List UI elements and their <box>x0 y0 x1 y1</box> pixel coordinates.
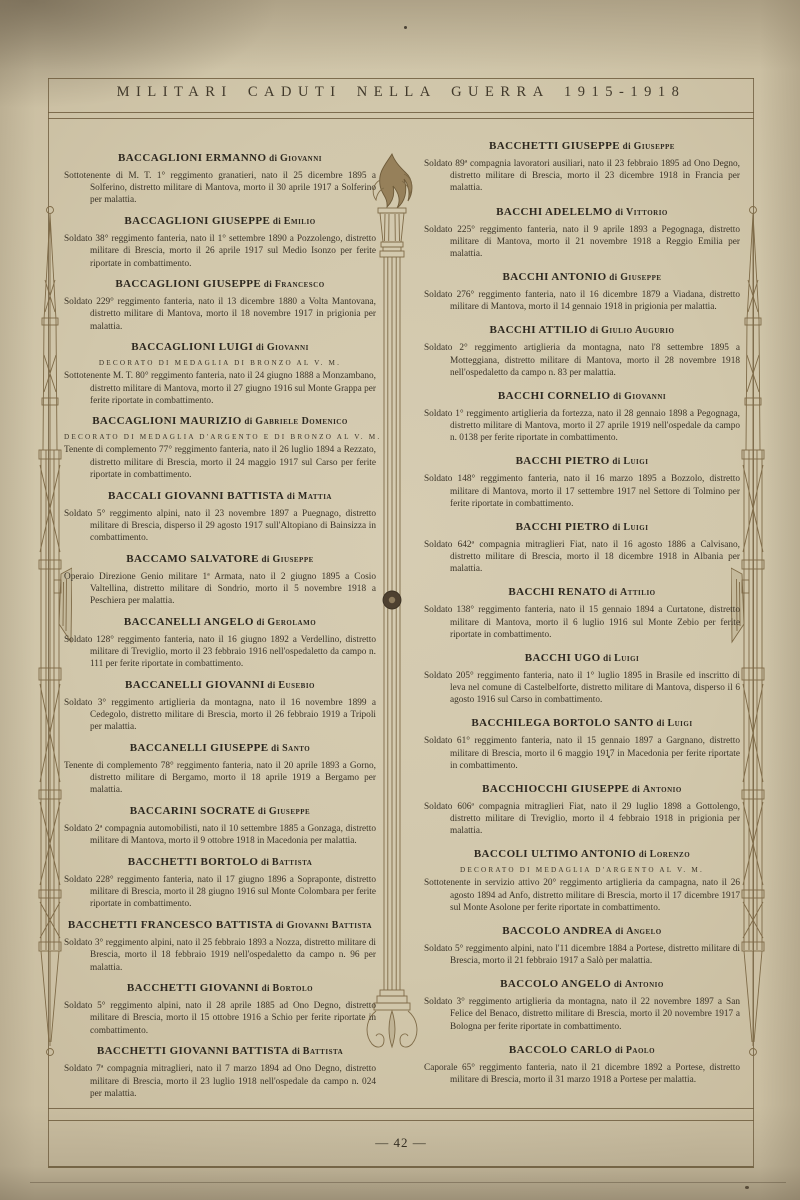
entry-father-name: Luigi <box>667 718 692 729</box>
entry-di-connector: di <box>284 491 298 501</box>
entry-name-heading: BACCAGLIONI MAURIZIO di Gabriele Domenic… <box>64 415 376 428</box>
entry-di-connector: di <box>629 784 643 794</box>
entry-name: BACCOLI ULTIMO ANTONIO <box>474 848 636 860</box>
entry-di-connector: di <box>611 391 625 401</box>
casualty-entry: BACCHI UGO di LuigiSoldato 205° reggimen… <box>424 652 740 707</box>
entry-di-connector: di <box>588 325 602 335</box>
entry-record-text: Tenente di complemento 78° reggimento fa… <box>64 760 376 797</box>
entry-name-heading: BACCANELLI ANGELO di Gerolamo <box>64 616 376 629</box>
entry-name: BACCAGLIONI ERMANNO <box>118 152 266 164</box>
entry-record-text: Soldato 5° reggimento alpini, nato il 23… <box>64 508 376 545</box>
entry-name: BACCAMO SALVATORE <box>126 553 259 565</box>
entry-father-name: Santo <box>282 743 310 754</box>
entry-father-name: Giovanni <box>267 342 309 353</box>
entry-name: BACCHI ANTONIO <box>502 271 606 283</box>
entry-record-text: Soldato 5° reggimento alpini, nato il 28… <box>64 1000 376 1037</box>
entry-record-text: Soldato 3° reggimento alpini, nato il 25… <box>64 937 376 974</box>
entry-record-text: Soldato 276° reggimento fanteria, nato i… <box>424 289 740 313</box>
casualty-entry: BACCHETTI GIUSEPPE di GiuseppeSoldato 89… <box>424 140 740 195</box>
casualty-entry: BACCHIOCCHI GIUSEPPE di AntonioSoldato 6… <box>424 783 740 838</box>
entry-father-name: Angelo <box>626 926 662 937</box>
entry-di-connector: di <box>270 216 284 226</box>
entry-di-connector: di <box>253 342 267 352</box>
entry-di-connector: di <box>611 979 625 989</box>
entry-di-connector: di <box>265 680 279 690</box>
entry-di-connector: di <box>654 718 668 728</box>
entry-record-text: Soldato 642ª compagnia mitraglieri Fiat,… <box>424 539 740 576</box>
entry-record-text: Soldato 229° reggimento fanteria, nato i… <box>64 296 376 333</box>
entry-name: BACCHI UGO <box>525 652 601 664</box>
entry-name-heading: BACCAGLIONI GIUSEPPE di Emilio <box>64 215 376 228</box>
entry-name-heading: BACCHIOCCHI GIUSEPPE di Antonio <box>424 783 740 796</box>
casualty-entry: BACCAGLIONI MAURIZIO di Gabriele Domenic… <box>64 415 376 481</box>
entry-name-heading: BACCHI CORNELIO di Giovanni <box>424 390 740 403</box>
entry-record-text: Soldato 225° reggimento fanteria, nato i… <box>424 224 740 261</box>
entry-name: BACCHI ATTILIO <box>490 324 588 336</box>
entry-di-connector: di <box>268 743 282 753</box>
entry-name: BACCHETTI GIUSEPPE <box>489 140 620 152</box>
entry-father-name: Luigi <box>623 456 648 467</box>
entry-name: BACCOLO ANGELO <box>500 978 611 990</box>
page-edge-line <box>30 1182 786 1183</box>
entry-name-heading: BACCOLO ANDREA di Angelo <box>424 925 740 938</box>
entry-name-heading: BACCHILEGA BORTOLO SANTO di Luigi <box>424 717 740 730</box>
entry-di-connector: di <box>601 653 615 663</box>
entry-name: BACCHI PIETRO <box>516 521 610 533</box>
entry-record-text: Sottotenente di M. T. 1° reggimento gran… <box>64 170 376 207</box>
casualty-entry: BACCHI ADELELMO di VittorioSoldato 225° … <box>424 206 740 261</box>
entry-name-heading: BACCANELLI GIOVANNI di Eusebio <box>64 679 376 692</box>
page-title: MILITARI CADUTI NELLA GUERRA 1915-1918 <box>48 84 754 101</box>
entry-name: BACCHI ADELELMO <box>496 206 612 218</box>
entry-di-connector: di <box>636 849 650 859</box>
footer-band: — 42 — <box>48 1120 754 1166</box>
entry-name: BACCHIOCCHI GIUSEPPE <box>482 783 629 795</box>
entry-father-name: Mattia <box>298 491 332 502</box>
entry-record-text: Operaio Direzione Genio militare 1ª Arma… <box>64 571 376 608</box>
entry-name: BACCALI GIOVANNI BATTISTA <box>108 490 284 502</box>
entry-father-name: Giovanni Battista <box>287 920 372 931</box>
page-number: — 42 — <box>375 1135 427 1151</box>
entry-di-connector: di <box>610 522 624 532</box>
entry-name-heading: BACCOLO CARLO di Paolo <box>424 1044 740 1057</box>
entry-record-text: Soldato 7ª compagnia mitraglieri, nato i… <box>64 1063 376 1100</box>
entry-name: BACCAGLIONI GIUSEPPE <box>124 215 270 227</box>
entry-name: BACCHETTI BORTOLO <box>128 856 259 868</box>
casualty-entry: BACCAGLIONI GIUSEPPE di EmilioSoldato 38… <box>64 215 376 270</box>
entry-name-heading: BACCHI ATTILIO di Giulio Augurio <box>424 324 740 337</box>
entry-name-heading: BACCAGLIONI LUIGI di Giovanni <box>64 341 376 354</box>
entry-father-name: Giuseppe <box>634 141 675 152</box>
scanned-book-page: MILITARI CADUTI NELLA GUERRA 1915-1918 <box>0 0 800 1200</box>
entry-name: BACCAGLIONI MAURIZIO <box>92 415 242 427</box>
casualty-entry: BACCANELLI GIUSEPPE di SantoTenente di c… <box>64 742 376 797</box>
entry-di-connector: di <box>289 1046 303 1056</box>
entry-name-heading: BACCOLI ULTIMO ANTONIO di Lorenzo <box>424 848 740 861</box>
entry-record-text: Soldato 89ª compagnia lavoratori ausilia… <box>424 158 740 195</box>
casualty-entry: BACCHI RENATO di AttilioSoldato 138° reg… <box>424 586 740 641</box>
casualty-entry: BACCOLO ANDREA di AngeloSoldato 5° reggi… <box>424 925 740 967</box>
entry-name: BACCARINI SOCRATE <box>130 805 255 817</box>
casualty-entry: BACCOLI ULTIMO ANTONIO di LorenzoDECORAT… <box>424 848 740 914</box>
entry-di-connector: di <box>612 207 626 217</box>
entry-name: BACCHI CORNELIO <box>498 390 611 402</box>
casualty-entry: BACCAMO SALVATORE di GiuseppeOperaio Dir… <box>64 553 376 608</box>
casualty-entry: BACCARINI SOCRATE di GiuseppeSoldato 2ª … <box>64 805 376 847</box>
entry-name: BACCAGLIONI GIUSEPPE <box>115 278 261 290</box>
entry-name-heading: BACCHETTI FRANCESCO BATTISTA di Giovanni… <box>64 919 376 932</box>
entry-father-name: Gabriele Domenico <box>255 416 348 427</box>
entry-di-connector: di <box>612 1045 626 1055</box>
entry-father-name: Antonio <box>625 979 664 990</box>
casualty-entry: BACCAGLIONI LUIGI di GiovanniDECORATO DI… <box>64 341 376 407</box>
footer-rule <box>48 1166 754 1168</box>
entry-father-name: Bortolo <box>273 983 314 994</box>
frame-rule-bottom-upper <box>48 1108 754 1109</box>
entry-father-name: Vittorio <box>626 207 668 218</box>
title-band: MILITARI CADUTI NELLA GUERRA 1915-1918 <box>48 84 754 101</box>
entry-father-name: Eusebio <box>278 680 315 691</box>
entry-name: BACCHETTI GIOVANNI <box>127 982 259 994</box>
casualty-entry: BACCANELLI ANGELO di GerolamoSoldato 128… <box>64 616 376 671</box>
entry-record-text: Soldato 148° reggimento fanteria, nato i… <box>424 473 740 510</box>
entry-father-name: Paolo <box>626 1045 655 1056</box>
entry-father-name: Battista <box>303 1046 343 1057</box>
entry-father-name: Giuseppe <box>620 272 661 283</box>
frame-rule-top <box>48 78 754 79</box>
entry-father-name: Giuseppe <box>272 554 313 565</box>
entry-record-text: Soldato 38° reggimento fanteria, nato il… <box>64 233 376 270</box>
entry-name: BACCOLO CARLO <box>509 1044 612 1056</box>
entry-di-connector: di <box>607 272 621 282</box>
entry-di-connector: di <box>606 587 620 597</box>
entry-name: BACCANELLI ANGELO <box>124 616 254 628</box>
entry-di-connector: di <box>254 617 268 627</box>
entry-father-name: Giuseppe <box>269 806 310 817</box>
entry-record-text: Caporale 65° reggimento fanteria, nato i… <box>424 1062 740 1086</box>
casualty-entry: BACCHILEGA BORTOLO SANTO di LuigiSoldato… <box>424 717 740 772</box>
entry-record-text: Soldato 606ª compagnia mitraglieri Fiat,… <box>424 801 740 838</box>
entry-record-text: Soldato 138° reggimento fanteria, nato i… <box>424 604 740 641</box>
entry-record-text: Soldato 2° reggimento artiglieria da mon… <box>424 342 740 379</box>
casualty-entry: BACCHETTI BORTOLO di BattistaSoldato 228… <box>64 856 376 911</box>
casualty-entry: BACCHETTI GIOVANNI di BortoloSoldato 5° … <box>64 982 376 1037</box>
entry-name-heading: BACCHETTI GIOVANNI di Bortolo <box>64 982 376 995</box>
entry-father-name: Giovanni <box>280 153 322 164</box>
entry-father-name: Battista <box>272 857 312 868</box>
entry-name-heading: BACCHI PIETRO di Luigi <box>424 521 740 534</box>
entry-record-text: Sottotenente M. T. 80° reggimento fanter… <box>64 370 376 407</box>
entry-father-name: Luigi <box>623 522 648 533</box>
entry-di-connector: di <box>242 416 256 426</box>
entry-name-heading: BACCALI GIOVANNI BATTISTA di Mattia <box>64 490 376 503</box>
entry-di-connector: di <box>610 456 624 466</box>
scan-speck <box>608 756 610 758</box>
entry-father-name: Emilio <box>284 216 316 227</box>
entry-di-connector: di <box>613 926 627 936</box>
scan-speck <box>745 1186 749 1189</box>
entry-name: BACCHILEGA BORTOLO SANTO <box>471 717 653 729</box>
entry-di-connector: di <box>255 806 269 816</box>
casualty-entry: BACCAGLIONI ERMANNO di GiovanniSottotene… <box>64 152 376 207</box>
entry-father-name: Luigi <box>614 653 639 664</box>
entry-di-connector: di <box>259 983 273 993</box>
entry-name-heading: BACCHI ANTONIO di Giuseppe <box>424 271 740 284</box>
casualty-entry: BACCHI ATTILIO di Giulio AugurioSoldato … <box>424 324 740 379</box>
entry-name: BACCANELLI GIOVANNI <box>125 679 265 691</box>
entry-di-connector: di <box>273 920 287 930</box>
entry-name-heading: BACCHI PIETRO di Luigi <box>424 455 740 468</box>
entry-name-heading: BACCARINI SOCRATE di Giuseppe <box>64 805 376 818</box>
casualty-column-right: BACCHETTI GIUSEPPE di GiuseppeSoldato 89… <box>424 140 740 1086</box>
entry-name-heading: BACCAGLIONI ERMANNO di Giovanni <box>64 152 376 165</box>
casualty-entry: BACCHETTI GIOVANNI BATTISTA di BattistaS… <box>64 1045 376 1100</box>
entry-di-connector: di <box>259 554 273 564</box>
scan-speck <box>404 26 407 29</box>
medal-decoration-line: DECORATO DI MEDAGLIA DI BRONZO AL V. M. <box>64 359 376 367</box>
entry-record-text: Soldato 2ª compagnia automobilisti, nato… <box>64 823 376 847</box>
entry-record-text: Soldato 128° reggimento fanteria, nato i… <box>64 634 376 671</box>
entry-name: BACCHI RENATO <box>508 586 606 598</box>
entry-name: BACCAGLIONI LUIGI <box>131 341 253 353</box>
casualty-entry: BACCAGLIONI GIUSEPPE di FrancescoSoldato… <box>64 278 376 333</box>
entry-record-text: Soldato 1° reggimento artiglieria da for… <box>424 408 740 445</box>
entry-name-heading: BACCHI RENATO di Attilio <box>424 586 740 599</box>
entry-name-heading: BACCHETTI BORTOLO di Battista <box>64 856 376 869</box>
entry-name: BACCOLO ANDREA <box>502 925 612 937</box>
entry-name-heading: BACCOLO ANGELO di Antonio <box>424 978 740 991</box>
entry-name-heading: BACCANELLI GIUSEPPE di Santo <box>64 742 376 755</box>
entry-di-connector: di <box>266 153 280 163</box>
entry-name: BACCHI PIETRO <box>516 455 610 467</box>
entry-name: BACCANELLI GIUSEPPE <box>130 742 269 754</box>
casualty-column-left: BACCAGLIONI ERMANNO di GiovanniSottotene… <box>64 152 376 1100</box>
medal-decoration-line: DECORATO DI MEDAGLIA D'ARGENTO E DI BRON… <box>64 433 376 441</box>
entry-record-text: Sottotenente in servizio attivo 20° regg… <box>424 877 740 914</box>
entry-father-name: Attilio <box>620 587 656 598</box>
entry-name: BACCHETTI FRANCESCO BATTISTA <box>68 919 273 931</box>
casualty-entry: BACCOLO CARLO di PaoloCaporale 65° reggi… <box>424 1044 740 1086</box>
casualty-entry: BACCHI CORNELIO di GiovanniSoldato 1° re… <box>424 390 740 445</box>
casualty-entry: BACCOLO ANGELO di AntonioSoldato 3° regg… <box>424 978 740 1033</box>
entry-record-text: Tenente di complemento 77° reggimento fa… <box>64 444 376 481</box>
casualty-entry: BACCHETTI FRANCESCO BATTISTA di Giovanni… <box>64 919 376 974</box>
casualty-entry: BACCHI PIETRO di LuigiSoldato 642ª compa… <box>424 521 740 576</box>
entry-name-heading: BACCAMO SALVATORE di Giuseppe <box>64 553 376 566</box>
entry-father-name: Gerolamo <box>267 617 316 628</box>
entry-name-heading: BACCHI UGO di Luigi <box>424 652 740 665</box>
entry-name: BACCHETTI GIOVANNI BATTISTA <box>97 1045 289 1057</box>
casualty-entry: BACCHI ANTONIO di GiuseppeSoldato 276° r… <box>424 271 740 313</box>
entry-record-text: Soldato 5° reggimento alpini, nato l'11 … <box>424 943 740 967</box>
entry-name-heading: BACCHETTI GIUSEPPE di Giuseppe <box>424 140 740 153</box>
entry-name-heading: BACCAGLIONI GIUSEPPE di Francesco <box>64 278 376 291</box>
entry-father-name: Francesco <box>275 279 325 290</box>
title-rule-upper <box>48 112 754 113</box>
entry-record-text: Soldato 61° reggimento fanteria, nato il… <box>424 735 740 772</box>
entry-father-name: Giovanni <box>624 391 666 402</box>
casualty-entry: BACCANELLI GIOVANNI di EusebioSoldato 3°… <box>64 679 376 734</box>
entry-name-heading: BACCHI ADELELMO di Vittorio <box>424 206 740 219</box>
entry-di-connector: di <box>620 141 634 151</box>
entry-record-text: Soldato 228° reggimento fanteria, nato i… <box>64 874 376 911</box>
entry-record-text: Soldato 3° reggimento artiglieria da mon… <box>424 996 740 1033</box>
entry-father-name: Lorenzo <box>650 849 691 860</box>
entry-di-connector: di <box>258 857 272 867</box>
casualty-entry: BACCHI PIETRO di LuigiSoldato 148° reggi… <box>424 455 740 510</box>
medal-decoration-line: DECORATO DI MEDAGLIA D'ARGENTO AL V. M. <box>424 866 740 874</box>
entry-record-text: Soldato 205° reggimento fanteria, nato i… <box>424 670 740 707</box>
entry-di-connector: di <box>261 279 275 289</box>
title-rule-lower <box>48 118 754 119</box>
entry-father-name: Giulio Augurio <box>601 325 674 336</box>
entry-record-text: Soldato 3° reggimento artiglieria da mon… <box>64 697 376 734</box>
entry-father-name: Antonio <box>643 784 682 795</box>
entry-name-heading: BACCHETTI GIOVANNI BATTISTA di Battista <box>64 1045 376 1058</box>
casualty-entry: BACCALI GIOVANNI BATTISTA di MattiaSolda… <box>64 490 376 545</box>
